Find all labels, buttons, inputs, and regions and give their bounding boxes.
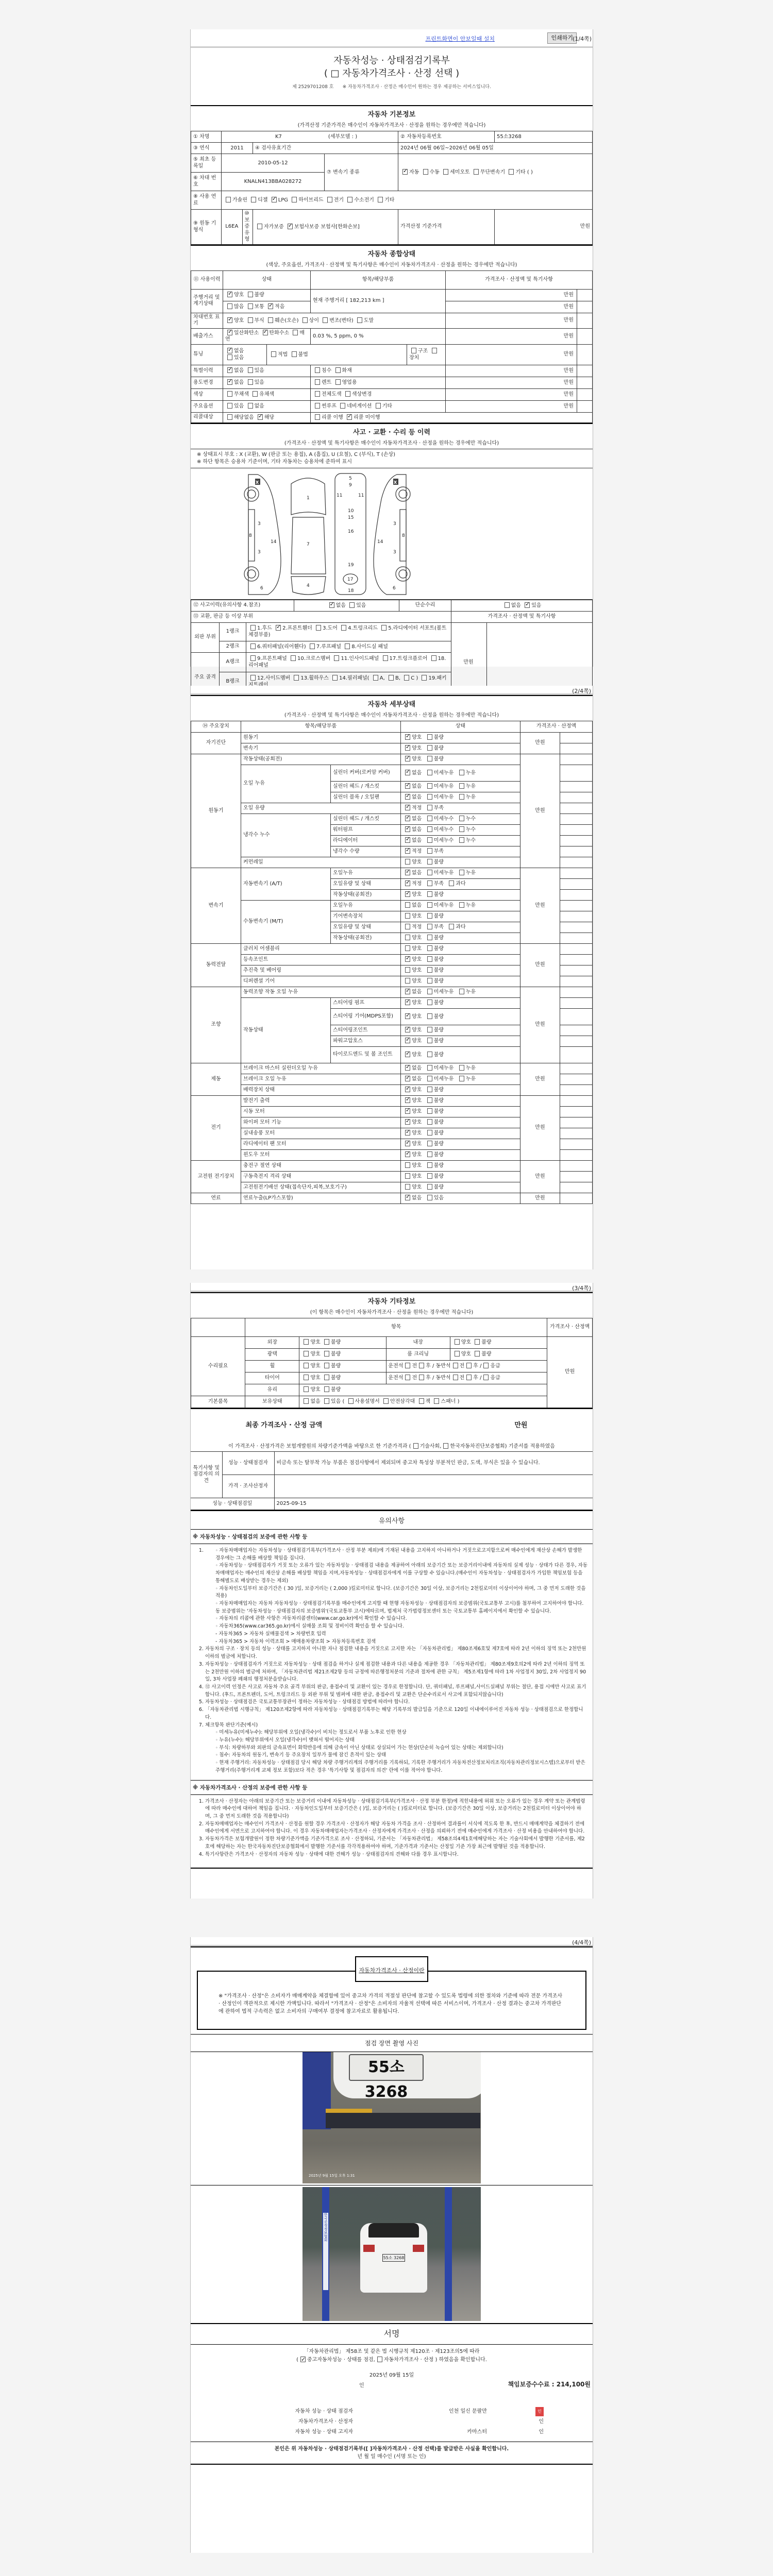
checkbox[interactable] bbox=[383, 1398, 389, 1404]
checkbox[interactable] bbox=[347, 197, 352, 202]
device-group: 원동기 bbox=[191, 754, 241, 868]
checkbox[interactable] bbox=[315, 379, 320, 385]
checkbox[interactable] bbox=[427, 913, 432, 919]
checkbox[interactable] bbox=[327, 197, 332, 202]
unit: 만원 bbox=[446, 328, 577, 344]
checkbox[interactable] bbox=[304, 1351, 309, 1357]
checkbox[interactable] bbox=[349, 602, 355, 608]
detail-row: 고전원 전기장치충전구 절연 상태양호 불량만원 bbox=[191, 1161, 593, 1172]
checkbox[interactable] bbox=[405, 1065, 410, 1071]
checkbox[interactable] bbox=[427, 1097, 432, 1103]
checkbox[interactable] bbox=[427, 756, 432, 761]
checkbox[interactable] bbox=[405, 967, 410, 973]
unit: 만원 bbox=[520, 987, 560, 1063]
checkbox[interactable] bbox=[405, 816, 410, 821]
basic-info-subtitle: (가격산정 기준가격은 매수인이 자동차가격조사 · 산정을 원하는 경우에만 … bbox=[191, 121, 593, 130]
reg-no-label: ② 자동차등록번호 bbox=[398, 131, 495, 143]
checkbox[interactable] bbox=[248, 303, 253, 309]
unit: 만원 bbox=[446, 289, 577, 301]
checkbox[interactable] bbox=[419, 1363, 424, 1368]
detail-status-options: 없음 미세누수 누수 bbox=[401, 825, 520, 836]
checkbox[interactable] bbox=[345, 643, 350, 649]
checkbox[interactable] bbox=[405, 1119, 410, 1125]
checkbox[interactable] bbox=[427, 1013, 432, 1019]
checkbox[interactable] bbox=[324, 1363, 329, 1368]
unit: 만원 bbox=[520, 754, 560, 868]
checkbox[interactable] bbox=[324, 1386, 329, 1392]
inspect-valid-label: ④ 검사유효기간 bbox=[253, 143, 398, 154]
checkbox[interactable] bbox=[427, 805, 432, 810]
col-status: 상태 bbox=[401, 721, 520, 733]
checkbox[interactable] bbox=[459, 816, 464, 821]
checkbox[interactable] bbox=[455, 1339, 460, 1345]
checkbox[interactable] bbox=[315, 391, 320, 397]
detail-item: 라디에이터 팬 모터 bbox=[241, 1139, 401, 1150]
checkbox[interactable] bbox=[525, 602, 530, 608]
checkbox[interactable] bbox=[509, 169, 514, 175]
checkbox[interactable] bbox=[427, 935, 432, 940]
checkbox[interactable] bbox=[427, 978, 432, 984]
unit: 만원 bbox=[446, 377, 577, 388]
checkbox[interactable] bbox=[405, 756, 410, 761]
car-top-view-icon: 174 bbox=[291, 478, 326, 595]
detail-item: 윈도우 모터 bbox=[241, 1150, 401, 1161]
print-toolbar: 프린트화면이 안보일때 설치 인쇄하기 (1/4쪽) bbox=[191, 29, 593, 48]
device-group: 조향 bbox=[191, 987, 241, 1063]
car-name: K7 bbox=[275, 134, 282, 140]
abnormal-parts-label: ⑬ 교환, 판금 등 이상 부위 bbox=[191, 611, 451, 622]
appraisal-info-box: 자동차가격조사 · 산정이란 ※ "가격조사 · 산정"은 소비자가 매매계약을… bbox=[197, 1971, 586, 2030]
checkbox[interactable] bbox=[271, 351, 276, 357]
checkbox[interactable] bbox=[427, 1195, 432, 1200]
checkbox[interactable] bbox=[427, 1052, 432, 1057]
checkbox[interactable] bbox=[405, 1184, 410, 1190]
detail-status-options: 양호 불량 bbox=[401, 1085, 520, 1096]
checkbox[interactable] bbox=[459, 826, 464, 832]
checkbox[interactable] bbox=[427, 870, 432, 875]
detail-status-options: 양호 불량 bbox=[401, 944, 520, 955]
checkbox[interactable] bbox=[405, 924, 410, 929]
checkbox[interactable] bbox=[419, 1375, 424, 1380]
checkbox[interactable] bbox=[427, 1027, 432, 1032]
checkbox[interactable] bbox=[405, 805, 410, 810]
checkbox[interactable] bbox=[226, 197, 231, 202]
checkbox[interactable] bbox=[268, 303, 273, 309]
checkbox[interactable] bbox=[427, 924, 432, 929]
checkbox[interactable] bbox=[405, 1375, 410, 1380]
checkbox[interactable] bbox=[405, 826, 410, 832]
checkbox[interactable] bbox=[466, 1363, 472, 1368]
detail-sub-item: 냉각수 수량 bbox=[331, 846, 401, 857]
checkbox[interactable] bbox=[427, 1141, 432, 1146]
checkbox[interactable] bbox=[258, 414, 263, 420]
checkbox[interactable] bbox=[227, 403, 232, 409]
detail-row: 원동기작동상태(공회전)양호 불량만원 bbox=[191, 754, 593, 765]
checkbox[interactable] bbox=[323, 317, 328, 323]
checkbox[interactable] bbox=[427, 880, 432, 886]
checkbox[interactable] bbox=[405, 745, 410, 751]
checkbox[interactable] bbox=[348, 1398, 354, 1404]
recall-items: 리콜 이행 리콜 미이행 bbox=[311, 412, 593, 422]
checkbox[interactable] bbox=[376, 403, 381, 409]
checkbox[interactable] bbox=[253, 391, 258, 397]
checkbox[interactable] bbox=[459, 770, 464, 775]
unit: 만원 bbox=[446, 301, 577, 313]
checkbox[interactable] bbox=[405, 891, 410, 897]
page-indicator: (4/4쪽) bbox=[191, 1937, 593, 1946]
checkbox[interactable] bbox=[276, 625, 281, 631]
detail-item: 충전구 절연 상태 bbox=[241, 1161, 401, 1172]
document-title: 자동차성능 · 상태점검기록부 bbox=[191, 54, 593, 67]
checkbox[interactable] bbox=[405, 935, 410, 940]
checkbox[interactable] bbox=[427, 1162, 432, 1168]
checkbox[interactable] bbox=[483, 1363, 489, 1368]
checkbox[interactable] bbox=[383, 655, 388, 661]
checkbox[interactable] bbox=[443, 1443, 448, 1449]
checkbox[interactable] bbox=[505, 602, 510, 608]
checkbox[interactable] bbox=[459, 1065, 464, 1071]
checkbox[interactable] bbox=[427, 1151, 432, 1157]
checkbox[interactable] bbox=[405, 1363, 410, 1368]
checkbox[interactable] bbox=[304, 1386, 309, 1392]
checkbox[interactable] bbox=[227, 414, 232, 420]
checkbox[interactable] bbox=[405, 734, 410, 740]
detail-status-table: ⑭ 주요장치 항목/해당부품 상태 가격조사 · 산정액 자기진단원동기양호 불… bbox=[191, 721, 593, 1204]
checkbox[interactable] bbox=[405, 1038, 410, 1043]
checkbox[interactable] bbox=[315, 403, 320, 409]
checkbox[interactable] bbox=[405, 989, 410, 994]
detail-status-options: 양호 불량 bbox=[401, 1139, 520, 1150]
checkbox[interactable] bbox=[405, 956, 410, 962]
checkbox[interactable] bbox=[347, 414, 352, 420]
detail-status-options: 없음 미세누수 누수 bbox=[401, 814, 520, 825]
checkbox[interactable] bbox=[405, 999, 410, 1005]
car-right-side-icon: 33 814 6 X bbox=[374, 474, 410, 595]
basic-info-table: ① 차명 K7(세부모델 : ) ② 자동차등록번호 55소3268 ③ 연식 … bbox=[191, 131, 593, 245]
checkbox[interactable] bbox=[422, 675, 427, 681]
checkbox[interactable] bbox=[250, 643, 256, 649]
checkbox[interactable] bbox=[324, 1375, 329, 1380]
checkbox[interactable] bbox=[427, 770, 432, 775]
checkbox[interactable] bbox=[432, 348, 437, 353]
checkbox[interactable] bbox=[474, 169, 479, 175]
checkbox[interactable] bbox=[419, 1398, 424, 1404]
emission-label: 배출가스 bbox=[191, 328, 223, 344]
checkbox[interactable] bbox=[227, 348, 232, 353]
checkbox[interactable] bbox=[324, 1339, 329, 1345]
checkbox[interactable] bbox=[303, 317, 308, 323]
checkbox[interactable] bbox=[227, 303, 232, 309]
checkbox[interactable] bbox=[332, 675, 338, 681]
checkbox[interactable] bbox=[304, 1363, 309, 1368]
checkbox[interactable] bbox=[341, 625, 346, 631]
checkbox[interactable] bbox=[434, 1398, 439, 1404]
checkbox[interactable] bbox=[427, 989, 432, 994]
checkbox[interactable] bbox=[405, 1013, 410, 1019]
photos-title: 점검 장면 촬영 사진 bbox=[191, 2034, 593, 2052]
detail-status-header: 자동차 세부상태 (가격조사 · 산정액 및 특기사항은 매수인이 자동차가격조… bbox=[191, 695, 593, 721]
checkbox[interactable] bbox=[427, 1119, 432, 1125]
checkbox[interactable] bbox=[427, 745, 432, 751]
checkbox[interactable] bbox=[405, 1130, 410, 1136]
checkbox[interactable] bbox=[411, 348, 416, 353]
inspection-date-label: 성능 · 상태점검일 bbox=[191, 1498, 274, 1510]
checkbox[interactable] bbox=[340, 403, 345, 409]
checkbox[interactable] bbox=[272, 197, 277, 202]
checkbox[interactable] bbox=[268, 317, 273, 323]
checkbox[interactable] bbox=[304, 1398, 309, 1404]
checkbox[interactable] bbox=[405, 770, 410, 775]
checkbox[interactable] bbox=[405, 1151, 410, 1157]
checkbox[interactable] bbox=[405, 859, 410, 865]
checkbox[interactable] bbox=[334, 655, 339, 661]
checkbox[interactable] bbox=[257, 224, 262, 229]
checkbox[interactable] bbox=[405, 913, 410, 919]
checkbox[interactable] bbox=[324, 1351, 329, 1357]
checkbox[interactable] bbox=[443, 169, 448, 175]
checkbox[interactable] bbox=[459, 783, 464, 789]
checkbox[interactable] bbox=[427, 826, 432, 832]
checkbox[interactable] bbox=[248, 379, 253, 385]
checkbox[interactable] bbox=[427, 1184, 432, 1190]
note-item: 자동차의 구조 · 장치 등의 성능 · 상태를 고지하지 아니한 자나 점검한… bbox=[205, 1646, 587, 1660]
checkbox[interactable] bbox=[315, 414, 320, 420]
appraiser-label: 가격 · 조사산정자 bbox=[222, 1475, 274, 1498]
detail-status-options: 양호 불량 bbox=[401, 1009, 520, 1025]
final-price-row: 최종 가격조사 · 산정 금액 만원 bbox=[191, 1409, 593, 1438]
checkbox[interactable] bbox=[453, 1375, 458, 1380]
detail-status-options: 양호 불량 bbox=[401, 911, 520, 922]
checkbox[interactable] bbox=[335, 379, 341, 385]
detail-status-options: 없음 미세누유 누유 bbox=[401, 765, 520, 782]
buyer-sign-line: 년 월 일 매수인 (서명 또는 인) bbox=[191, 2452, 593, 2460]
svg-text:14: 14 bbox=[377, 539, 383, 545]
checkbox[interactable] bbox=[378, 197, 383, 202]
engine-type: L6EA bbox=[222, 210, 242, 244]
checkbox[interactable] bbox=[427, 945, 432, 951]
checkbox[interactable] bbox=[251, 197, 256, 202]
checkbox[interactable] bbox=[227, 317, 232, 323]
checkbox[interactable] bbox=[405, 1108, 410, 1114]
vin-label: ⑥ 차대 번호 bbox=[191, 173, 222, 191]
checkbox[interactable] bbox=[405, 783, 410, 789]
basic-items-label: 기본품목 bbox=[191, 1396, 245, 1408]
checkbox[interactable] bbox=[405, 848, 410, 854]
checkbox[interactable] bbox=[423, 169, 428, 175]
checkbox[interactable] bbox=[427, 1076, 432, 1081]
checkbox[interactable] bbox=[405, 1052, 410, 1057]
checkbox[interactable] bbox=[227, 330, 232, 335]
detail-item: 커먼레일 bbox=[241, 857, 401, 868]
checkbox[interactable] bbox=[310, 643, 315, 649]
checkbox[interactable] bbox=[405, 1027, 410, 1032]
checkbox[interactable] bbox=[405, 945, 410, 951]
detail-status-options: 없음 미세누유 누유 bbox=[401, 782, 520, 792]
checkbox[interactable] bbox=[405, 1076, 410, 1081]
checkbox[interactable] bbox=[402, 169, 408, 175]
device-group: 고전원 전기장치 bbox=[191, 1161, 241, 1193]
detail-item: 발전기 출력 bbox=[241, 1096, 401, 1107]
checkbox[interactable] bbox=[335, 367, 341, 373]
checkbox[interactable] bbox=[427, 902, 432, 908]
checkbox[interactable] bbox=[405, 1195, 410, 1200]
col-price: 가격조사 · 산정액 및 특기사항 bbox=[446, 270, 593, 289]
transmission-label: ⑦ 변속기 종류 bbox=[325, 154, 398, 191]
checkbox[interactable] bbox=[427, 816, 432, 821]
checkbox[interactable] bbox=[427, 783, 432, 789]
checkbox[interactable] bbox=[405, 978, 410, 984]
checkbox[interactable] bbox=[427, 1173, 432, 1179]
car-name-label: ① 차명 bbox=[191, 131, 222, 143]
checkbox[interactable] bbox=[345, 391, 350, 397]
checkbox[interactable] bbox=[466, 1375, 472, 1380]
checkbox[interactable] bbox=[427, 1038, 432, 1043]
checkbox[interactable] bbox=[227, 292, 232, 297]
checkbox[interactable] bbox=[459, 902, 464, 908]
checkbox[interactable] bbox=[475, 1339, 480, 1345]
checkbox[interactable] bbox=[357, 317, 362, 323]
checkbox[interactable] bbox=[329, 602, 334, 608]
checkbox[interactable] bbox=[405, 794, 410, 800]
checkbox[interactable] bbox=[248, 317, 253, 323]
checkbox[interactable] bbox=[292, 197, 297, 202]
checkbox[interactable] bbox=[405, 870, 410, 875]
checkbox[interactable] bbox=[455, 1351, 460, 1357]
checkbox[interactable] bbox=[248, 403, 253, 409]
inspection-photo-front: 55소 3268 2025년 9월 15일 오후 1:31 bbox=[303, 2052, 481, 2183]
warranty-label: ⑩ 보증 유형 bbox=[242, 210, 253, 244]
checkbox[interactable] bbox=[304, 1339, 309, 1345]
checkbox[interactable] bbox=[248, 292, 253, 297]
checkbox[interactable] bbox=[475, 1351, 480, 1357]
checkbox[interactable] bbox=[427, 1065, 432, 1071]
checkbox[interactable] bbox=[427, 1087, 432, 1092]
checkbox[interactable] bbox=[427, 848, 432, 854]
fuel-label: ⑧ 사용 연료 bbox=[191, 191, 222, 210]
checkbox[interactable] bbox=[405, 1087, 410, 1092]
checkbox[interactable] bbox=[288, 224, 293, 229]
page-indicator: (3/4쪽) bbox=[191, 1283, 593, 1292]
detail-status-options: 적정 부족 bbox=[401, 803, 520, 814]
checkbox[interactable] bbox=[427, 859, 432, 865]
checkbox[interactable] bbox=[459, 794, 464, 800]
license-plate: 55소 3268 bbox=[382, 2254, 405, 2262]
color-items: 전체도색 색상변경 bbox=[311, 388, 446, 400]
checkbox[interactable] bbox=[405, 1141, 410, 1146]
checkbox[interactable] bbox=[227, 391, 232, 397]
checkbox[interactable] bbox=[405, 1162, 410, 1168]
notes-section-1: 자동차매매업자는 자동차성능 · 상태점검기록부(가격조사 · 산정 부분 제외… bbox=[191, 1544, 593, 1780]
tuning-label: 튜닝 bbox=[191, 344, 223, 365]
checkbox[interactable] bbox=[427, 794, 432, 800]
checkbox[interactable] bbox=[381, 625, 386, 631]
unit: 만원 bbox=[446, 344, 577, 365]
checkbox[interactable] bbox=[315, 367, 320, 373]
checkbox[interactable] bbox=[373, 675, 378, 681]
svg-text:18: 18 bbox=[348, 588, 354, 594]
detail-status-options: 없음 미세누유 누유 bbox=[401, 1063, 520, 1074]
checkbox[interactable] bbox=[227, 354, 232, 360]
checkbox[interactable] bbox=[250, 655, 256, 661]
glass-label: 유리 bbox=[245, 1384, 299, 1396]
receipt-text: 본인은 위 자동차성능 · 상태점검기록부([ ]자동차가격조사 · 산정 선택… bbox=[191, 2444, 593, 2452]
col-main-device: ⑭ 주요장치 bbox=[191, 721, 241, 733]
checkbox-appraise[interactable] bbox=[377, 2357, 382, 2362]
checkbox-inspect[interactable] bbox=[300, 2357, 306, 2362]
checkbox[interactable] bbox=[427, 956, 432, 962]
checkbox[interactable] bbox=[453, 1363, 458, 1368]
svg-text:5: 5 bbox=[349, 476, 352, 481]
receipt-section: 본인은 위 자동차성능 · 상태점검기록부([ ]자동차가격조사 · 산정 선택… bbox=[191, 2442, 593, 2465]
col-item: 항목/해당부품 bbox=[311, 270, 446, 289]
checkbox[interactable] bbox=[427, 967, 432, 973]
tire-options: 양호 불량 bbox=[299, 1372, 386, 1384]
page-2: (2/4쪽) 자동차 세부상태 (가격조사 · 산정액 및 특기사항은 매수인이… bbox=[190, 686, 593, 1269]
checkbox[interactable] bbox=[227, 367, 232, 373]
checkbox[interactable] bbox=[449, 880, 454, 886]
checkbox[interactable] bbox=[427, 1130, 432, 1136]
print-help-link[interactable]: 프린트화면이 안보일때 설치 bbox=[425, 35, 495, 43]
checkbox[interactable] bbox=[405, 902, 410, 908]
checkbox[interactable] bbox=[459, 870, 464, 875]
appraisal-info-text: ※ "가격조사 · 산정"은 소비자가 매매계약을 체결함에 있어 중고차 가격… bbox=[219, 1992, 565, 2015]
checkbox[interactable] bbox=[227, 379, 232, 385]
checkbox[interactable] bbox=[449, 924, 454, 929]
checkbox[interactable] bbox=[483, 1375, 489, 1380]
checkbox[interactable] bbox=[250, 625, 256, 631]
checkbox[interactable] bbox=[291, 655, 296, 661]
checkbox[interactable] bbox=[304, 1375, 309, 1380]
checkbox[interactable] bbox=[413, 1443, 418, 1449]
checkbox[interactable] bbox=[459, 989, 464, 994]
detail-status-options: 없음 있음 bbox=[401, 1193, 520, 1204]
detail-sub-item: 스티어링 펌프 bbox=[331, 998, 401, 1009]
checkbox[interactable] bbox=[263, 330, 268, 335]
checkbox[interactable] bbox=[427, 891, 432, 897]
detail-item: 배력장치 상태 bbox=[241, 1085, 401, 1096]
checkbox[interactable] bbox=[324, 1398, 329, 1404]
checkbox[interactable] bbox=[293, 330, 298, 335]
checkbox[interactable] bbox=[431, 655, 436, 661]
checkbox[interactable] bbox=[405, 1173, 410, 1179]
checkbox[interactable] bbox=[427, 837, 432, 843]
special-history-label: 특별이력 bbox=[191, 365, 223, 377]
detail-status-options: 적정 부족 bbox=[401, 846, 520, 857]
checkbox[interactable] bbox=[316, 625, 321, 631]
checkbox[interactable] bbox=[405, 1097, 410, 1103]
possession-options: 없음 있음 ( 사용설명서 안전삼각대 잭 스패너 ) bbox=[299, 1396, 547, 1408]
checkbox[interactable] bbox=[459, 837, 464, 843]
checkbox[interactable] bbox=[250, 675, 256, 681]
checkbox[interactable] bbox=[427, 1108, 432, 1114]
detail-status-options: 양호 불량 bbox=[401, 955, 520, 965]
checkbox[interactable] bbox=[294, 675, 299, 681]
checkbox[interactable] bbox=[248, 367, 253, 373]
checkbox[interactable] bbox=[427, 999, 432, 1005]
checkbox[interactable] bbox=[292, 351, 297, 357]
detail-item: 오일 누유 bbox=[241, 765, 331, 803]
inspector-opinion: 비금속 또는 탈부착 가능 부품은 점검사항에서 제외되며 중고차 특성상 부분… bbox=[274, 1452, 593, 1475]
checkbox[interactable] bbox=[405, 837, 410, 843]
checkbox[interactable] bbox=[427, 734, 432, 740]
checkbox[interactable] bbox=[404, 675, 409, 681]
checkbox[interactable] bbox=[459, 1076, 464, 1081]
checkbox[interactable] bbox=[405, 880, 410, 886]
detail-item: 추진축 및 베어링 bbox=[241, 965, 401, 976]
detail-status-options: 양호 불량 bbox=[401, 933, 520, 944]
device-group: 자기진단 bbox=[191, 733, 241, 754]
checkbox[interactable] bbox=[389, 675, 394, 681]
